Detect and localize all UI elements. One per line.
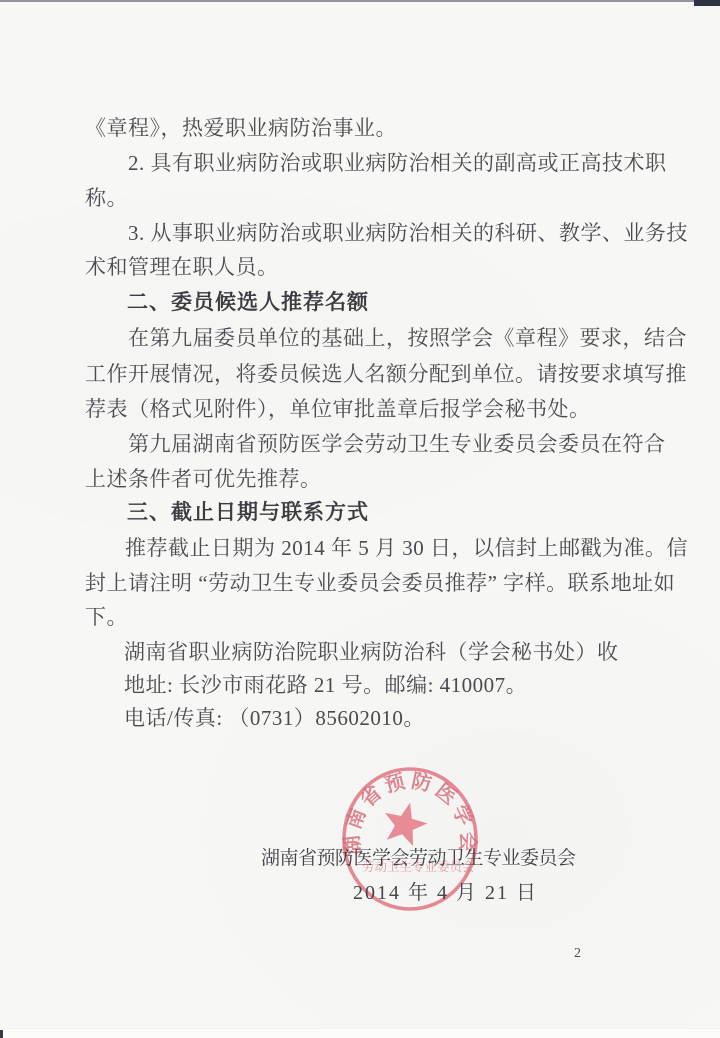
signature-date: 2014 年 4 月 21 日 — [353, 876, 538, 905]
text-line: 第九届湖南省预防医学会劳动卫生专业委员会委员在符合 — [128, 428, 666, 458]
text-line: 3. 从事职业病防治或职业病防治相关的科研、教学、业务技 — [128, 217, 688, 247]
text-line: 2. 具有职业病防治或职业病防治相关的副高或正高技术职 — [128, 147, 667, 177]
page-number: 2 — [574, 946, 581, 962]
text-line: 地址: 长沙市雨花路 21 号。邮编: 410007。 — [124, 669, 527, 699]
signature-organization: 湖南省预防医学会劳动卫生专业委员会 — [261, 843, 576, 870]
text-line: 术和管理在职人员。 — [85, 251, 279, 281]
text-line: 荐表（格式见附件），单位审批盖章后报学会秘书处。 — [85, 393, 591, 423]
text-line: 《章程》，热爱职业病防治事业。 — [85, 112, 397, 142]
scan-corner-mark-bottom-left — [0, 1030, 3, 1038]
text-line: 称。 — [85, 182, 128, 212]
text-line: 工作开展情况，将委员候选人名额分配到单位。请按要求填写推 — [85, 358, 687, 388]
scan-edge-line-top — [0, 0, 706, 2]
star-icon — [379, 797, 432, 848]
text-line: 下。 — [85, 601, 128, 631]
text-line: 封上请注明 “劳动卫生专业委员会委员推荐” 字样。联系地址如 — [85, 567, 675, 597]
scan-edge-strip-bottom — [0, 1028, 720, 1038]
text-line: 湖南省职业病防治院职业病防治科（学会秘书处）收 — [124, 636, 619, 666]
text-line: 二、委员候选人推荐名额 — [127, 286, 369, 316]
text-line: 在第九届委员单位的基础上，按照学会《章程》要求，结合 — [128, 322, 687, 352]
text-line: 推荐截止日期为 2014 年 5 月 30 日，以信封上邮戳为准。信 — [125, 532, 688, 562]
text-line: 上述条件者可优先推荐。 — [85, 463, 322, 493]
text-line: 电话/传真: （0731）85602010。 — [124, 702, 425, 732]
text-line: 三、截止日期与联系方式 — [127, 496, 369, 526]
scan-corner-mark-top-right — [694, 0, 720, 6]
scanned-document-page: 《章程》，热爱职业病防治事业。2. 具有职业病防治或职业病防治相关的副高或正高技… — [0, 0, 720, 1038]
